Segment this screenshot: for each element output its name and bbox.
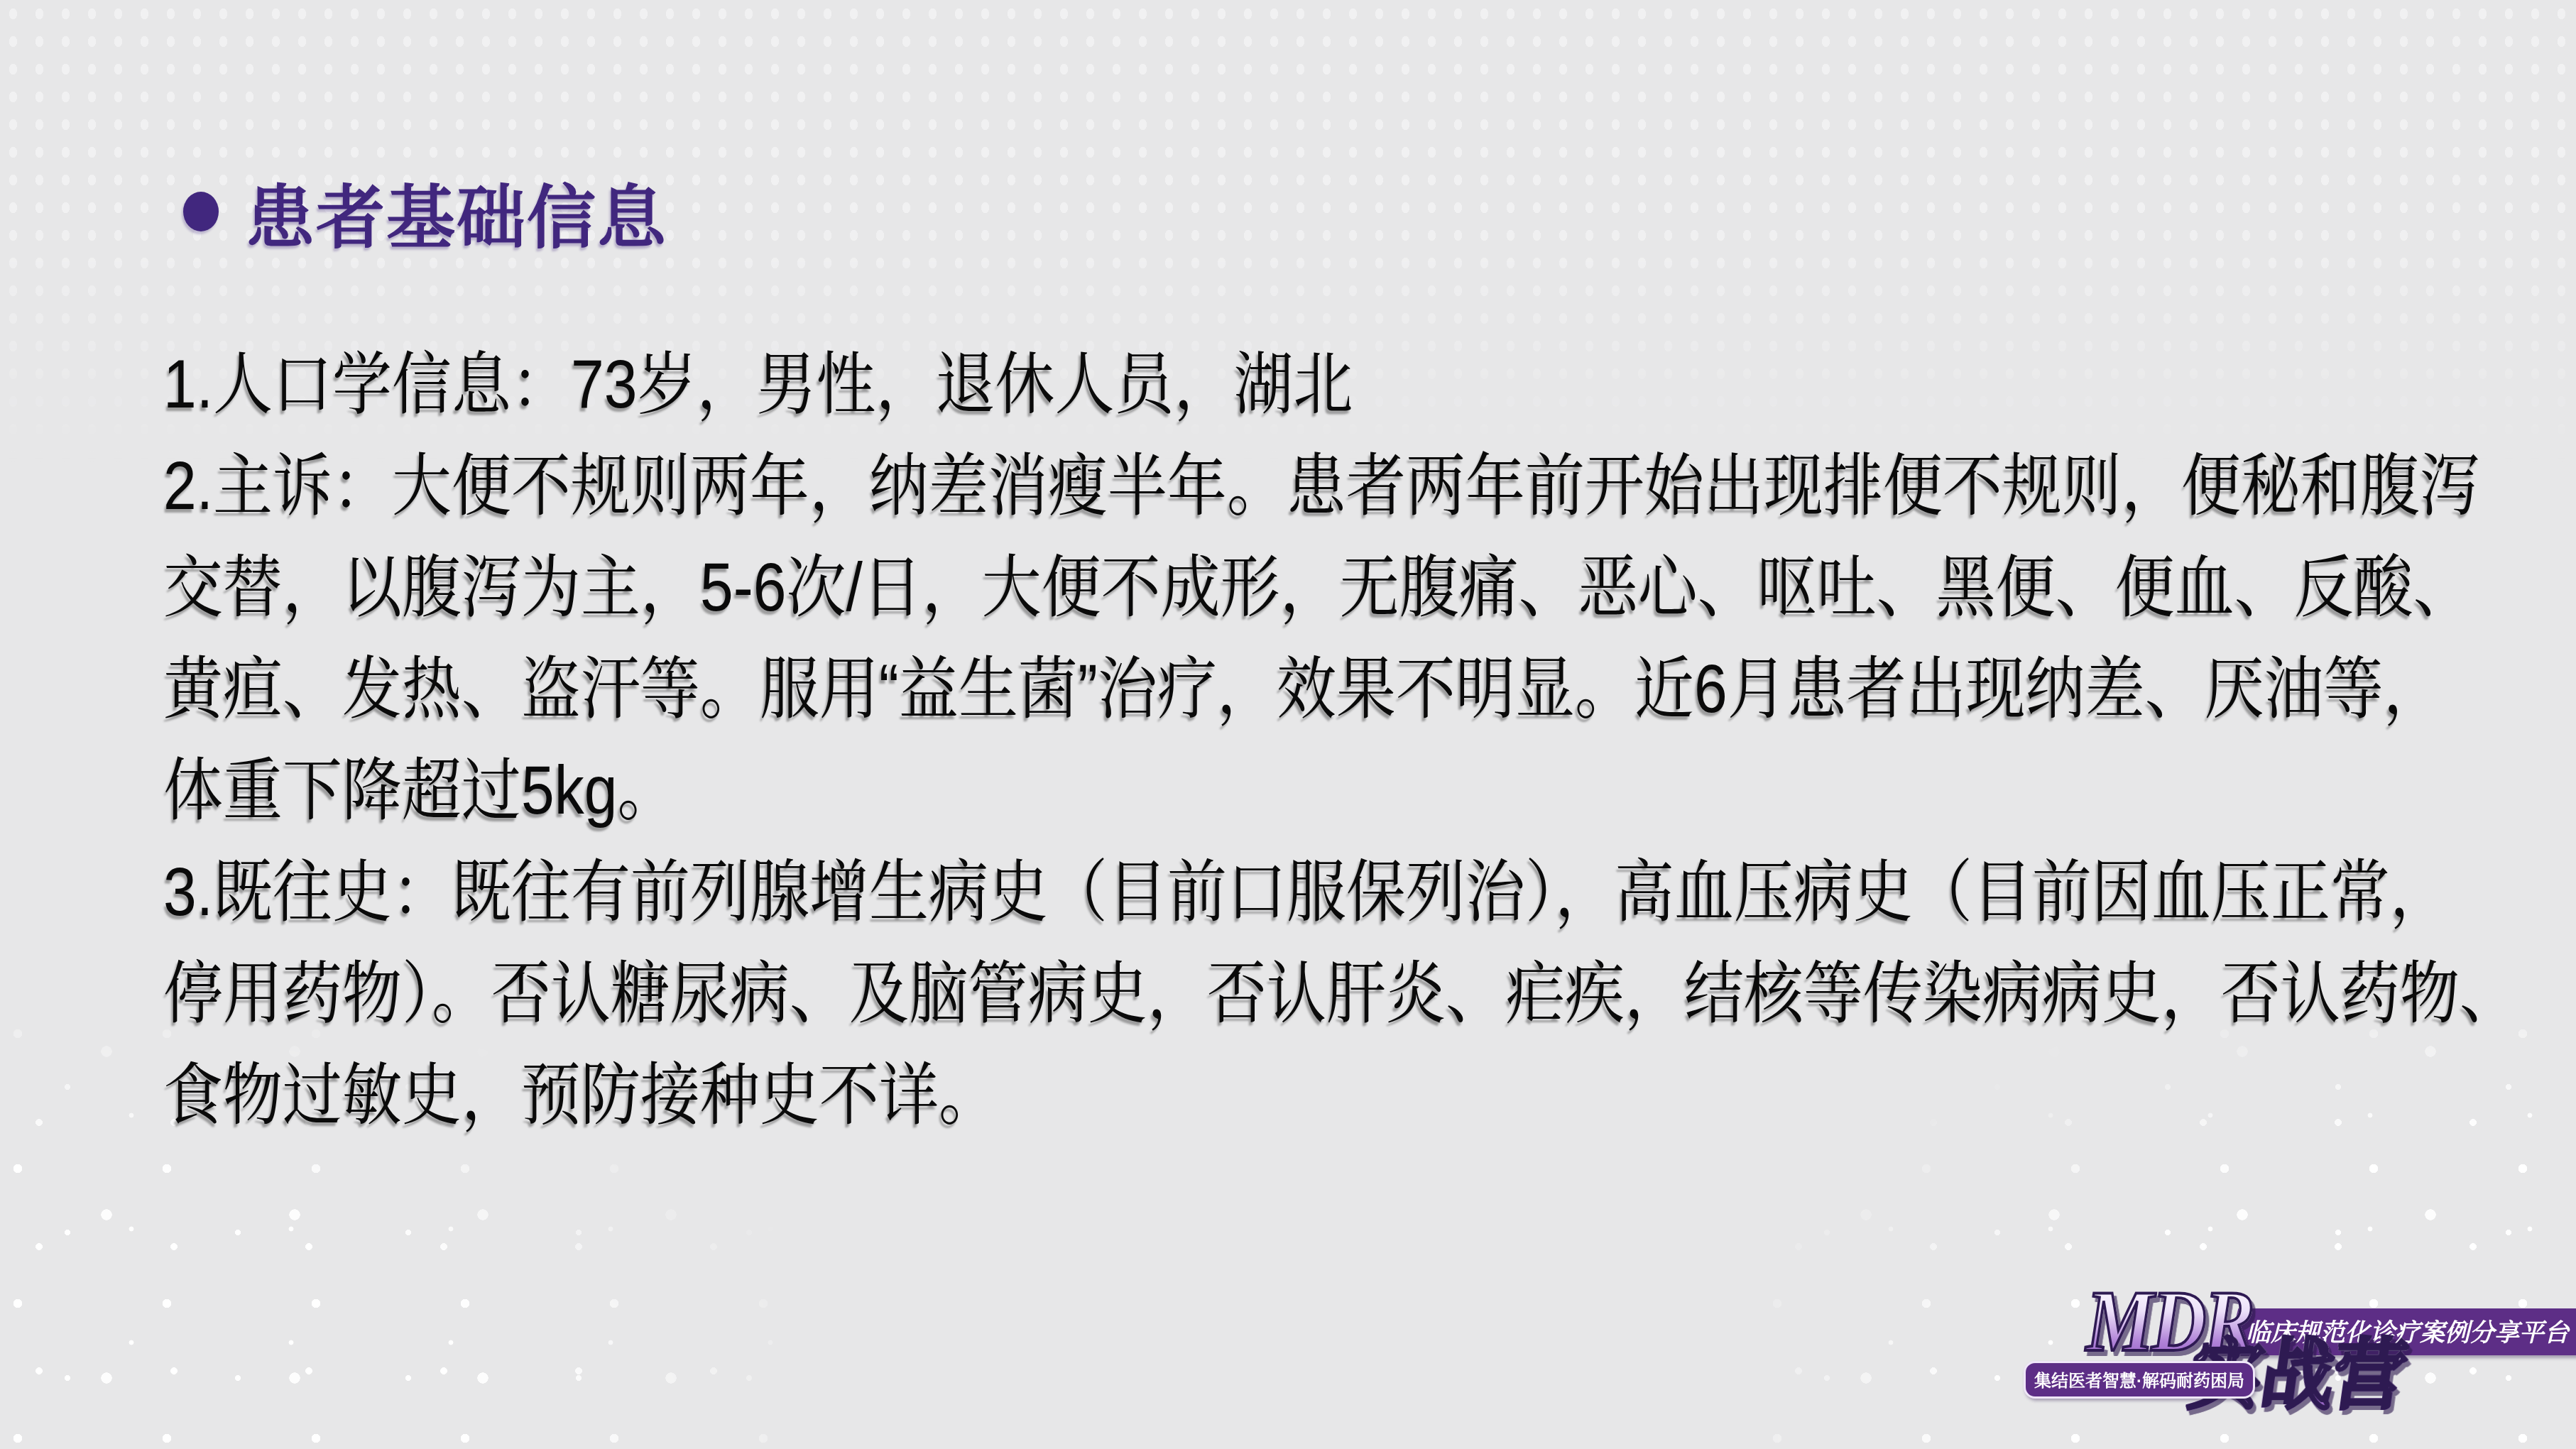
bullet-icon	[183, 192, 219, 231]
slide-title: 患者基础信息	[246, 162, 667, 261]
body-line-5: 体重下降超过5kg。	[163, 740, 2251, 841]
slide-title-row: 患者基础信息	[183, 162, 667, 261]
logo-tagline-bottom-band: 集结医者智慧·解码耐药困局	[2024, 1361, 2255, 1399]
body-line-4: 黄疸、发热、盗汗等。服用“益生菌”治疗，效果不明显。近6月患者出现纳差、厌油等，	[163, 638, 2251, 740]
mdr-logo: 临床规范化诊疗案例分享平台 MDR 实战营 集结医者智慧·解码耐药困局	[2024, 1281, 2563, 1438]
body-text-block: 1.人口学信息：73岁，男性，退休人员，湖北 2.主诉：大便不规则两年，纳差消瘦…	[163, 334, 2549, 1146]
logo-tagline-bottom: 集结医者智慧·解码耐药困局	[2034, 1367, 2244, 1391]
body-line-2: 2.主诉：大便不规则两年，纳差消瘦半年。患者两年前开始出现排便不规则，便秘和腹泻	[163, 435, 2251, 537]
slide: 患者基础信息 1.人口学信息：73岁，男性，退休人员，湖北 2.主诉：大便不规则…	[0, 0, 2576, 1449]
body-line-7: 停用药物）。否认糖尿病、及脑管病史，否认肝炎、疟疾，结核等传染病病史，否认药物、	[163, 943, 2251, 1044]
body-line-3: 交替，以腹泻为主，5-6次/日，大便不成形，无腹痛、恶心、呕吐、黑便、便血、反酸…	[163, 537, 2251, 638]
body-line-6: 3.既往史：既往有前列腺增生病史（目前口服保列治），高血压病史（目前因血压正常，	[163, 841, 2251, 943]
body-line-1: 1.人口学信息：73岁，男性，退休人员，湖北	[163, 334, 2251, 435]
body-line-8: 食物过敏史，预防接种史不详。	[163, 1044, 2251, 1146]
